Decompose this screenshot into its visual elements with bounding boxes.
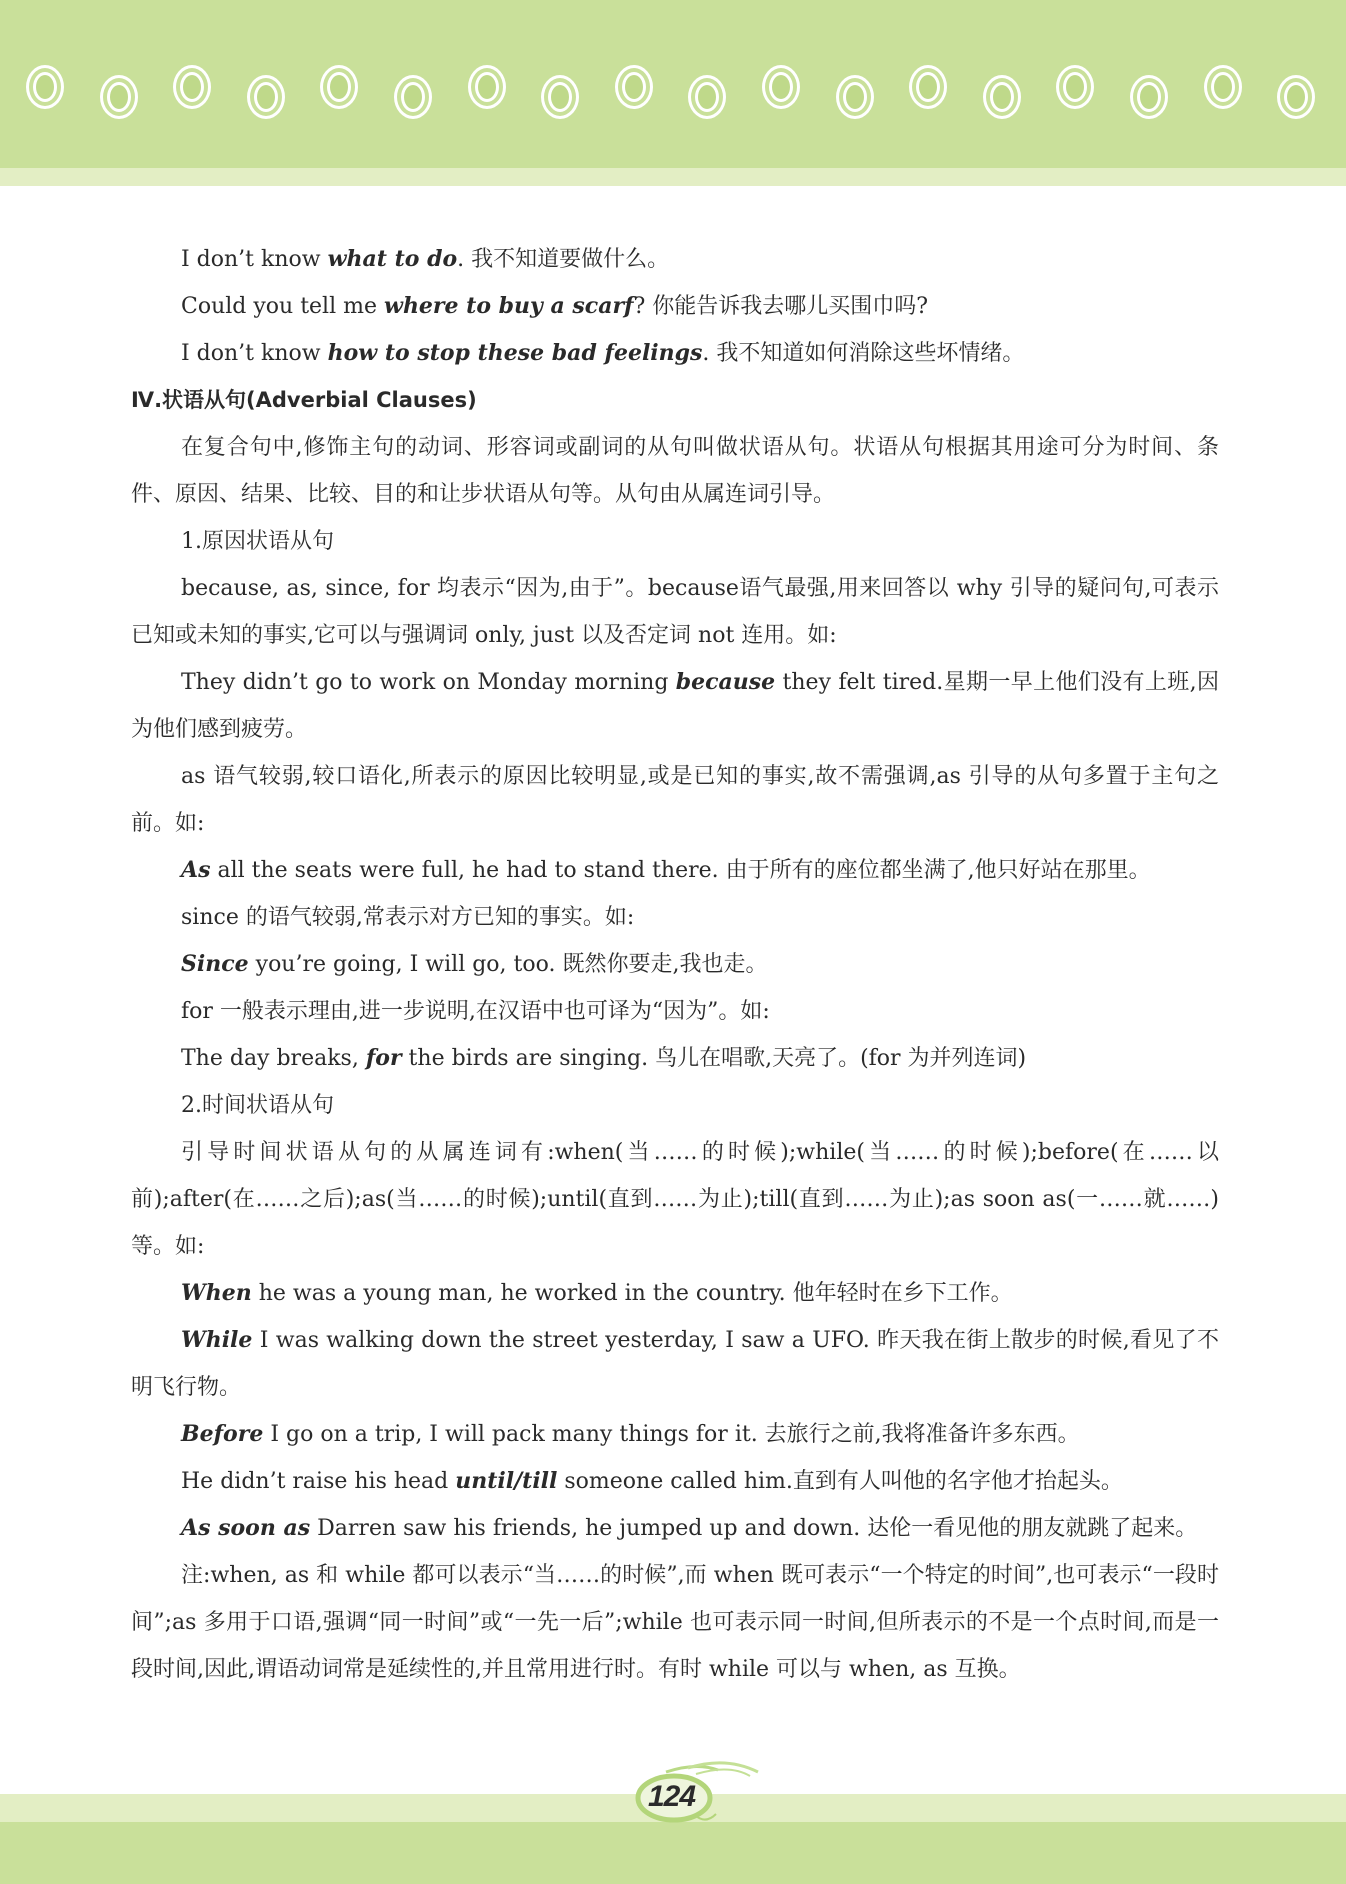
emphasis: As xyxy=(181,857,210,883)
emphasis: because xyxy=(676,669,775,695)
emphasis: When xyxy=(181,1280,252,1306)
section-heading: Ⅳ.状语从句(Adverbial Clauses) xyxy=(131,377,1219,424)
emphasis: While xyxy=(181,1327,252,1353)
text: . 我不知道如何消除这些坏情绪。 xyxy=(702,341,1024,366)
ring-decoration-icon xyxy=(468,65,506,109)
ring-decoration-icon xyxy=(1277,75,1315,119)
text: the birds are singing. 鸟儿在唱歌,天亮了。(for 为并… xyxy=(402,1046,1027,1071)
text: They didn’t go to work on Monday morning xyxy=(181,670,676,695)
emphasis: for xyxy=(366,1045,402,1071)
page-content: I don’t know what to do. 我不知道要做什么。 Could… xyxy=(131,236,1219,1693)
text: I go on a trip, I will pack many things … xyxy=(263,1422,1079,1447)
time-paragraph: 引导时间状语从句的从属连词有:when(当……的时候);while(当……的时候… xyxy=(131,1129,1219,1270)
since-paragraph: since 的语气较弱,常表示对方已知的事实。如: xyxy=(131,894,1219,941)
as-paragraph: as 语气较弱,较口语化,所表示的原因比较明显,或是已知的事实,故不需强调,as… xyxy=(131,753,1219,847)
text: . 我不知道要做什么。 xyxy=(457,247,669,272)
emphasis: Before xyxy=(181,1421,263,1447)
intro-paragraph: 在复合句中,修饰主句的动词、形容词或副词的从句叫做状语从句。状语从句根据其用途可… xyxy=(131,424,1219,518)
example-since: Since you’re going, I will go, too. 既然你要… xyxy=(131,941,1219,988)
text: ? 你能告诉我去哪儿买围巾吗? xyxy=(634,294,929,319)
ring-decoration-icon xyxy=(100,75,138,119)
example-until: He didn’t raise his head until/till some… xyxy=(131,1458,1219,1505)
text: The day breaks, xyxy=(181,1046,366,1071)
page-number: 124 xyxy=(648,1780,695,1814)
example-because: They didn’t go to work on Monday morning… xyxy=(131,659,1219,753)
text: you’re going, I will go, too. 既然你要走,我也走。 xyxy=(249,952,768,977)
note-paragraph: 注:when, as 和 while 都可以表示“当……的时候”,而 when … xyxy=(131,1552,1219,1693)
ring-decoration-icon xyxy=(762,65,800,109)
ring-decoration-icon xyxy=(394,75,432,119)
text: he was a young man, he worked in the cou… xyxy=(252,1281,1013,1306)
text: someone called him.直到有人叫他的名字他才抬起头。 xyxy=(557,1469,1123,1494)
text: I don’t know xyxy=(181,341,328,366)
ring-decoration-icon xyxy=(1130,75,1168,119)
ring-decoration-icon xyxy=(909,65,947,109)
ring-decoration-icon xyxy=(26,65,64,109)
emphasis: where to buy a scarf xyxy=(384,293,634,319)
example-when: When he was a young man, he worked in th… xyxy=(131,1270,1219,1317)
emphasis: what to do xyxy=(328,246,458,272)
ring-decoration-icon xyxy=(983,75,1021,119)
text: I was walking down the street yesterday,… xyxy=(131,1328,1219,1400)
ring-decoration-icon xyxy=(615,65,653,109)
example-as-soon-as: As soon as Darren saw his friends, he ju… xyxy=(131,1505,1219,1552)
text: I don’t know xyxy=(181,247,328,272)
for-paragraph: for 一般表示理由,进一步说明,在汉语中也可译为“因为”。如: xyxy=(131,988,1219,1035)
text: Could you tell me xyxy=(181,294,384,319)
example-for: The day breaks, for the birds are singin… xyxy=(131,1035,1219,1082)
example-as: As all the seats were full, he had to st… xyxy=(131,847,1219,894)
example-line: I don’t know how to stop these bad feeli… xyxy=(131,330,1219,377)
subheading-reason: 1.原因状语从句 xyxy=(131,518,1219,565)
ring-decoration-icon xyxy=(173,65,211,109)
footer-band xyxy=(0,1822,1346,1884)
subheading-time: 2.时间状语从句 xyxy=(131,1082,1219,1129)
ring-decoration-icon xyxy=(836,75,874,119)
example-while: While I was walking down the street yest… xyxy=(131,1317,1219,1411)
text: He didn’t raise his head xyxy=(181,1469,455,1494)
because-paragraph: because, as, since, for 均表示“因为,由于”。becau… xyxy=(131,565,1219,659)
ring-decoration-icon xyxy=(247,75,285,119)
ring-decoration-icon xyxy=(1204,65,1242,109)
emphasis: As soon as xyxy=(181,1515,310,1541)
example-line: Could you tell me where to buy a scarf? … xyxy=(131,283,1219,330)
header-stripe xyxy=(0,168,1346,186)
example-before: Before I go on a trip, I will pack many … xyxy=(131,1411,1219,1458)
text: all the seats were full, he had to stand… xyxy=(210,858,1150,883)
emphasis: until/till xyxy=(455,1468,557,1494)
example-line: I don’t know what to do. 我不知道要做什么。 xyxy=(131,236,1219,283)
page-number-badge: 124 xyxy=(626,1758,776,1828)
emphasis: how to stop these bad feelings xyxy=(328,340,703,366)
ring-decoration-icon xyxy=(541,75,579,119)
text: Darren saw his friends, he jumped up and… xyxy=(310,1516,1197,1541)
emphasis: Since xyxy=(181,951,249,977)
